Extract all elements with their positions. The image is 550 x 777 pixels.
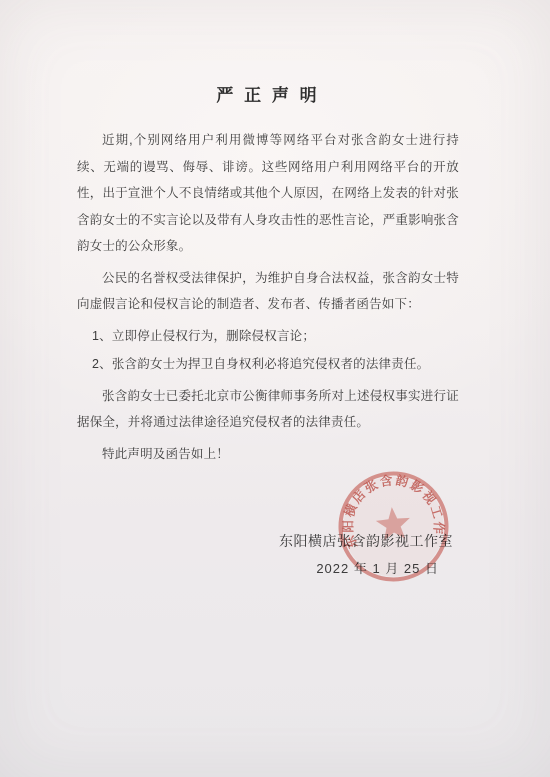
signature-studio-name: 东阳横店张含韵影视工作室: [77, 528, 459, 554]
list-item-1: 1、立即停止侵权行为，删除侵权言论；: [77, 323, 459, 350]
signature-date: 2022 年 1 月 25 日: [77, 554, 459, 584]
paragraph-intro: 近期,个别网络用户利用微博等网络平台对张含韵女士进行持续、无端的谩骂、侮辱、诽谤…: [77, 127, 459, 260]
paragraph-lawfirm: 张含韵女士已委托北京市公衡律师事务所对上述侵权事实进行证据保全，并将通过法律途径…: [77, 383, 459, 436]
signature-block: 东阳横店张含韵影视工作室 2022 年 1 月 25 日: [77, 528, 459, 584]
photographed-statement-page: { "document": { "title": "严 正 声 明", "bod…: [0, 0, 550, 777]
paragraph-closing: 特此声明及函告如上！: [77, 441, 459, 468]
document-title: 严 正 声 明: [77, 84, 459, 108]
statement-document: 严 正 声 明 近期,个别网络用户利用微博等网络平台对张含韵女士进行持续、无端的…: [77, 84, 459, 584]
paragraph-notice: 公民的名誉权受法律保护，为维护自身合法权益，张含韵女士特向虚假言论和侵权言论的制…: [77, 265, 459, 318]
list-item-2: 2、张含韵女士为捍卫自身权利必将追究侵权者的法律责任。: [77, 351, 459, 378]
